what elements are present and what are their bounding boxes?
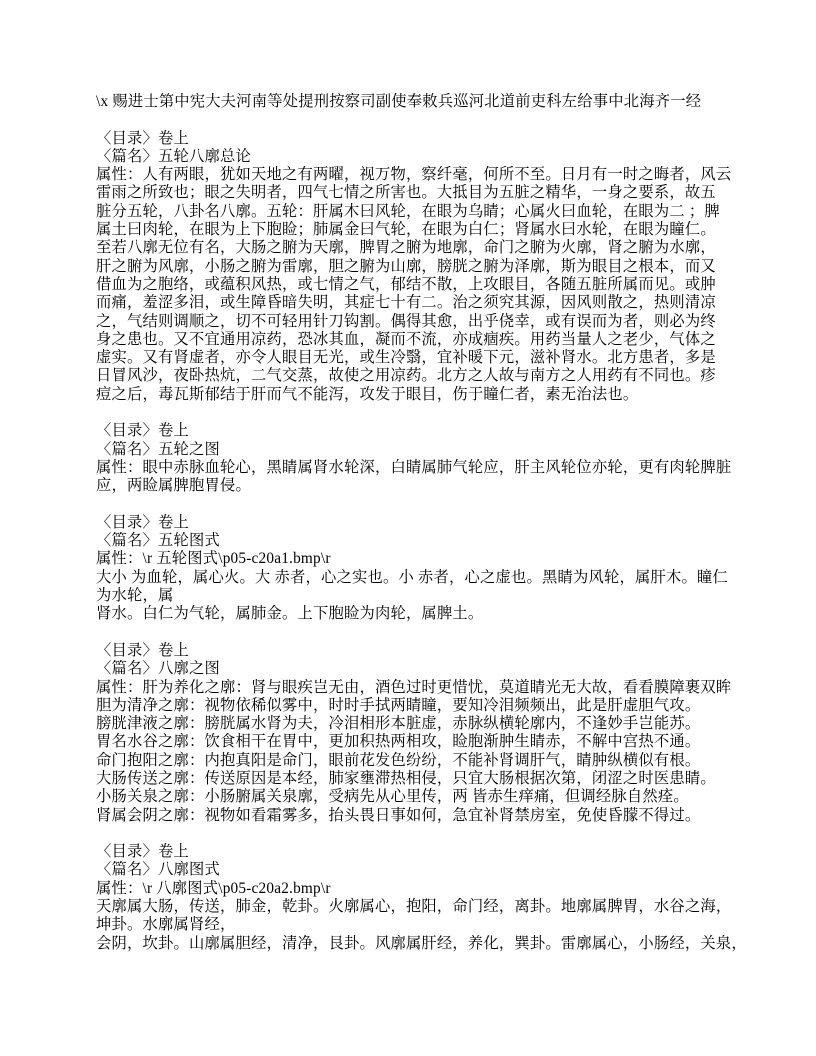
text-line: 大小 为血轮，属心火。大 赤者，心之实也。小 赤者，心之虚也。黑睛为风轮，属肝木… [96,569,756,587]
blank-line [96,496,756,514]
text-line: 身之患也。又不宜通用凉药，恐冰其血，凝而不流，亦成痼疾。用药当量人之老少，气体之 [96,331,756,349]
text-line: 会阴，坎卦。山廓属胆经，清净，艮卦。风廓属肝经，养化，巽卦。雷廓属心，小肠经，关… [96,935,756,953]
text-line: 虚实。又有肾虚者，亦令人眼目无光，或生冷翳，宜补暖下元，滋补肾水。北方患者，多是 [96,349,756,367]
blank-line [96,825,756,843]
text-line: 肾水。白仁为气轮，属肺金。上下胞睑为肉轮，属脾土。 [96,605,756,623]
text-line: 膀胱津液之廓：膀胱属水肾为夫，冷泪相形本脏虚，赤脉纵横轮廓内，不逢妙手岂能苏。 [96,715,756,733]
text-line: 属性：\r 八廓图式\p05-c20a2.bmp\r [96,880,756,898]
section-title: 〈篇名〉五轮八廓总论 [96,148,756,166]
text-line: 坤卦。水廓属肾经， [96,916,756,934]
text-line: 脏分五轮，八卦名八廓。五轮：肝属木曰风轮，在眼为乌睛；心属火曰血轮，在眼为二 ；… [96,203,756,221]
text-line: 胃名水谷之廓：饮食相干在胃中，更加积热两相攻，睑胞渐肿生睛赤，不解中宫热不通。 [96,733,756,751]
byline: \x 赐进士第中宪大夫河南等处提刑按察司副使奉敕兵巡河北道前吏科左给事中北海齐一… [96,93,756,111]
text-line: 属性：\r 五轮图式\p05-c20a1.bmp\r [96,550,756,568]
text-line: 肝之腑为风廓，小肠之腑为雷廓，胆之腑为山廓，膀胱之腑为泽廓，斯为眼目之根本，而又 [96,258,756,276]
text-line: 属性：人有两眼，犹如天地之有两曜，视万物，察纤毫，何所不至。日月有一时之晦者，风… [96,166,756,184]
text-line: 借血为之胞络，或蕴积风热，或七情之气，郁结不散，上攻眼目，各随五脏所属而见。或肿 [96,276,756,294]
text-line: 命门抱阳之廓：内抱真阳是命门，眼前花发色纷纷，不能补肾调肝气，睛肿纵横似有根。 [96,752,756,770]
text-line: 胆为清净之廓：视物依稀似雾中，时时手拭两睛瞳，要知冷泪频频出，此是肝虚胆气攻。 [96,697,756,715]
text-line: 应，两睑属脾胞胃侵。 [96,477,756,495]
text-line: 肾属会阴之廓：视物如看霜雾多，抬头畏日事如何，急宜补肾禁房室，免使昏朦不得过。 [96,807,756,825]
text-line: 天廓属大肠，传送，肺金，乾卦。火廓属心，抱阳，命门经，离卦。地廓属脾胃，水谷之海… [96,898,756,916]
text-line: 大肠传送之廓：传送原因是本经，肺家壅滞热相侵，只宜大肠根据次第，闭涩之时医患睛。 [96,770,756,788]
toc-line: 〈目录〉卷上 [96,514,756,532]
text-line: 属性：眼中赤脉血轮心，黑睛属肾水轮深，白睛属肺气轮应，肝主风轮位亦轮，更有肉轮脾… [96,459,756,477]
toc-line: 〈目录〉卷上 [96,642,756,660]
section-title: 〈篇名〉五轮之图 [96,441,756,459]
text-line: 雷雨之所致也；眼之失明者，四气七情之所害也。大抵目为五脏之精华，一身之要系，故五 [96,184,756,202]
text-line: 属性：肝为养化之廓：肾与眼疾岂无由，酒色过时更惜忧，莫道睛光无大故，看看膜障裹双… [96,679,756,697]
blank-line [96,111,756,129]
text-line: 之，气结则调顺之，切不可轻用针刀钩割。偶得其愈，出乎侥幸，或有误而为者，则必为终 [96,313,756,331]
document-page: \x 赐进士第中宪大夫河南等处提刑按察司副使奉敕兵巡河北道前吏科左给事中北海齐一… [0,0,816,1056]
section-title: 〈篇名〉八廓之图 [96,660,756,678]
text-line: 为水轮，属 [96,587,756,605]
toc-line: 〈目录〉卷上 [96,130,756,148]
blank-line [96,624,756,642]
text-line: 痘之后，毒瓦斯郁结于肝而气不能泻，攻发于眼目，伤于瞳仁者，素无治法也。 [96,386,756,404]
text-line: 属土曰肉轮，在眼为上下胞睑；肺属金曰气轮，在眼为白仁；肾属水曰水轮，在眼为瞳仁。 [96,221,756,239]
text-line: 至若八廓无位有名，大肠之腑为天廓，脾胃之腑为地廓，命门之腑为火廓，肾之腑为水廓， [96,239,756,257]
text-line: 小肠关泉之廓：小肠腑属关泉廓，受病先从心里传，两 皆赤生痒痛，但调经脉自然痊。 [96,788,756,806]
toc-line: 〈目录〉卷上 [96,422,756,440]
document-sections: 〈目录〉卷上〈篇名〉五轮八廓总论属性：人有两眼，犹如天地之有两曜，视万物，察纤毫… [96,130,756,953]
text-line: 日冒风沙，夜卧热炕，二气交蒸，故使之用凉药。北方之人故与南方之人用药有不同也。疹 [96,367,756,385]
section-title: 〈篇名〉五轮图式 [96,532,756,550]
toc-line: 〈目录〉卷上 [96,843,756,861]
section-title: 〈篇名〉八廓图式 [96,861,756,879]
text-line: 而痛，羞涩多泪，或生障昏暗失明，其症七十有二。治之须究其源，因风则散之，热则清凉 [96,294,756,312]
text-column: \x 赐进士第中宪大夫河南等处提刑按察司副使奉敕兵巡河北道前吏科左给事中北海齐一… [96,93,756,953]
blank-line [96,404,756,422]
